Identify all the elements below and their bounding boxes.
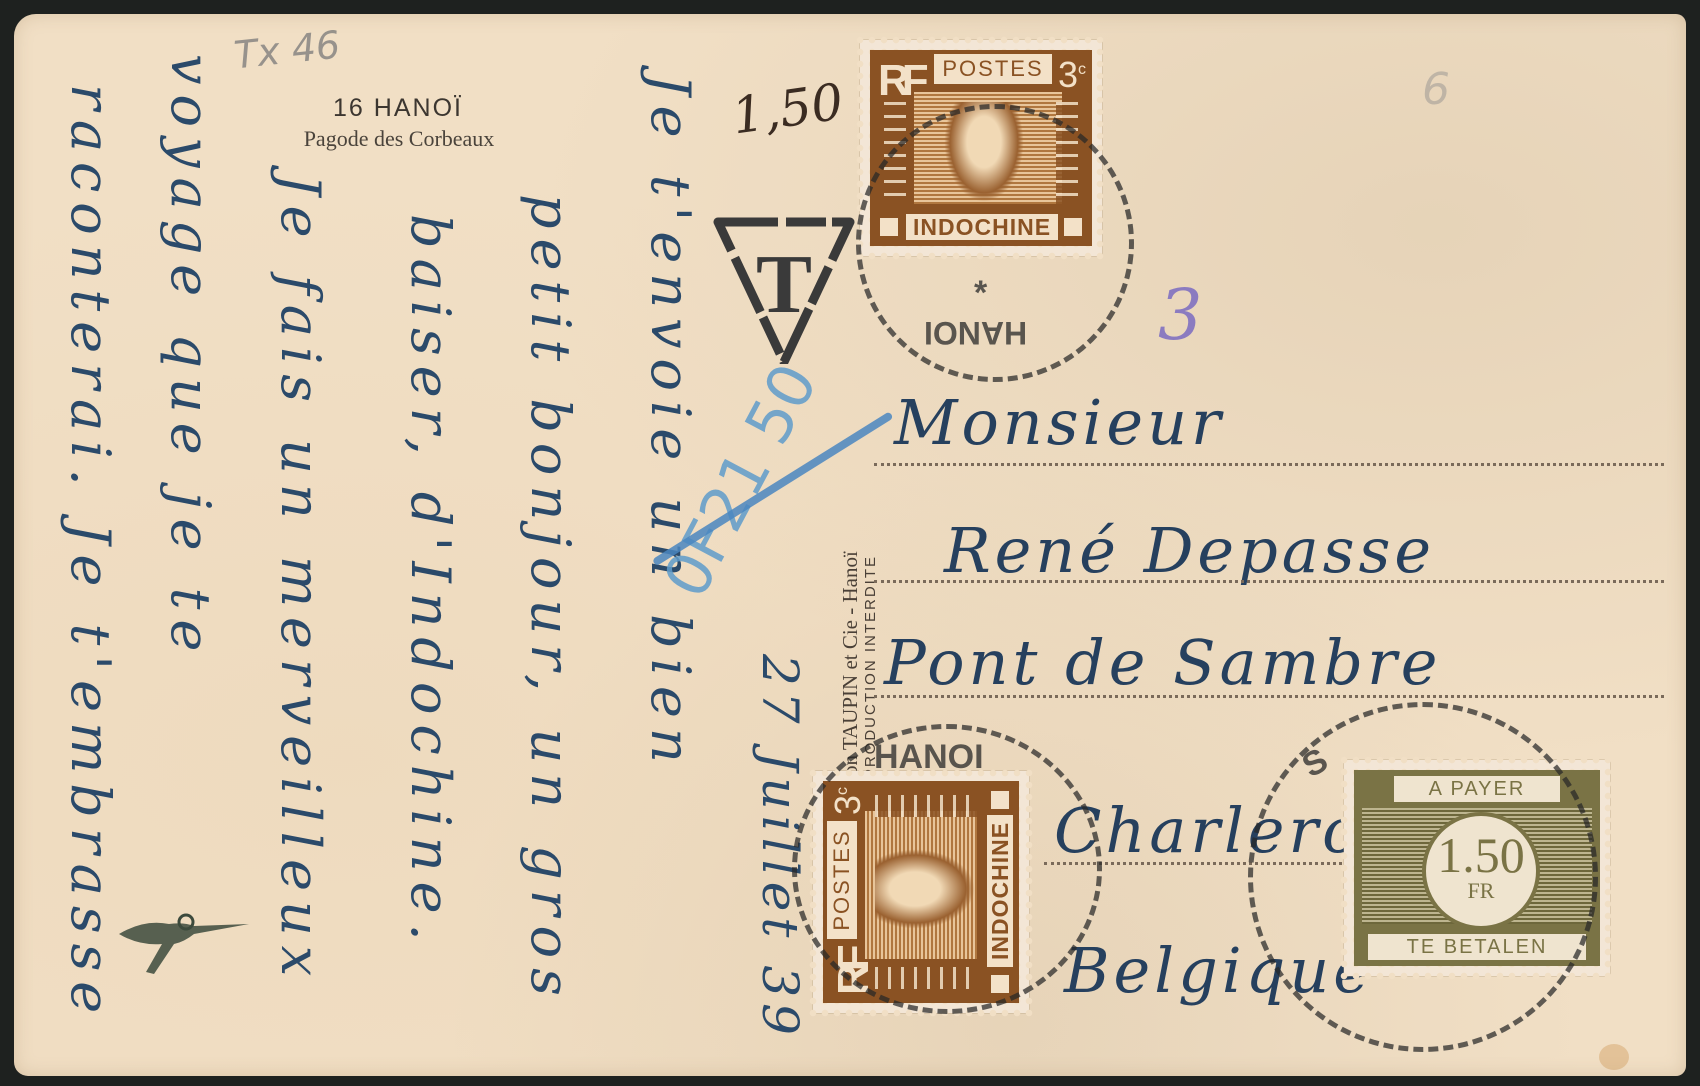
postmark-star: * [974, 274, 987, 313]
postage-due-note: 1,50 [729, 73, 847, 146]
stamp-value: 3c [1058, 54, 1086, 96]
address-line-2: René Depasse [944, 514, 1435, 587]
postmark-text: HANOI [874, 738, 984, 777]
message-line: Je fais un merveilleux [269, 174, 332, 986]
address-line-3: Pont de Sambre [884, 626, 1441, 699]
address-rule [874, 580, 1664, 583]
message-line: baiser, d'Indochine. [399, 214, 462, 951]
stork-emblem-icon [114, 894, 254, 984]
postcard-back: Tx 46 6 16 HANOÏ Pagode des Corbeaux Je … [14, 14, 1686, 1076]
address-rule [874, 463, 1664, 466]
message-line: Je t'envoie un bien [639, 74, 702, 773]
message-line: petit bonjour, un gros [519, 194, 582, 1006]
paper-stain [1599, 1044, 1629, 1070]
message-line: voyage que je te [159, 54, 222, 661]
address-line-1: Monsieur [894, 386, 1225, 459]
tax-triangle-mark: T [710, 214, 860, 364]
message-line: raconterai. Je t'embrasse [59, 84, 122, 1023]
tax-letter: T [756, 238, 812, 331]
violet-mark: 3 [1158, 274, 1203, 356]
stamp-header: POSTES [934, 54, 1052, 84]
postmark-text: HANOI [924, 314, 1027, 351]
pencil-mark: 6 [1422, 64, 1450, 115]
address-rule [874, 695, 1664, 698]
